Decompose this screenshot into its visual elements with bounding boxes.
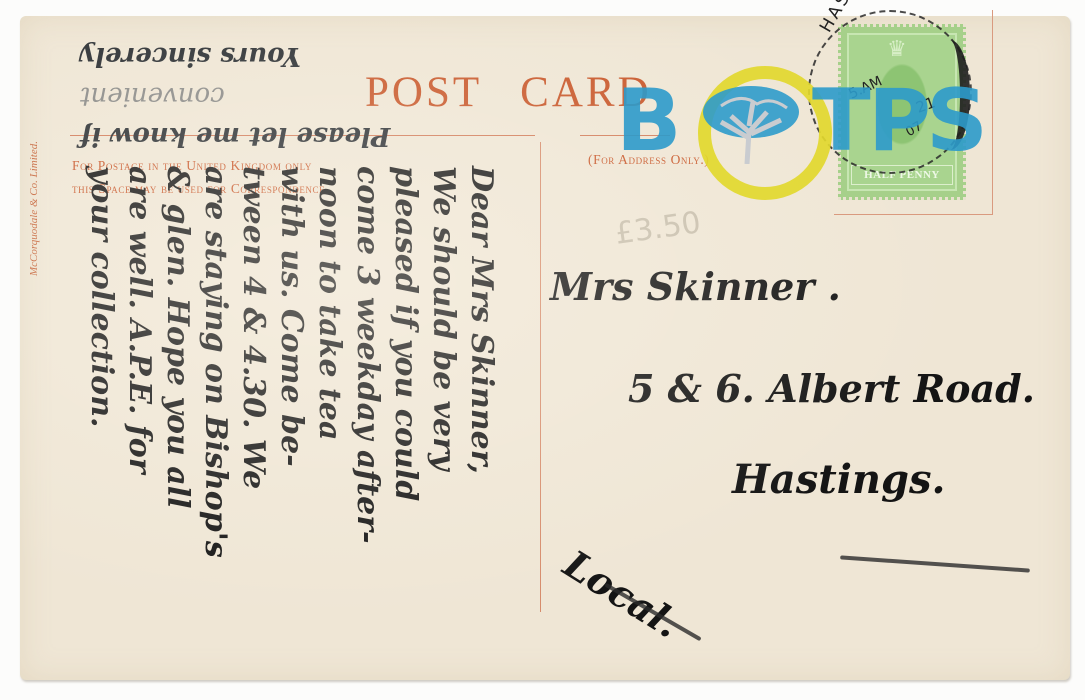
logo-letter-p: P [868, 78, 929, 164]
message-line: tween 4 & 4.30. We [234, 166, 272, 558]
center-divider [540, 142, 541, 612]
message-line: are staying on Bishop's [196, 166, 234, 558]
message-line: are well. A.P.E. for [120, 166, 158, 558]
printer-credit: McCorquodale & Co. Limited. [28, 141, 40, 276]
message-line: with us. Come be- [272, 166, 310, 558]
message-line: pleased if you could [386, 166, 424, 558]
top-line-2: convenient [80, 76, 700, 116]
btps-watermark-logo: B T P S [616, 64, 996, 204]
address-name: Mrs Skinner . [550, 264, 841, 309]
message-line: Dear Mrs Skinner, [462, 166, 500, 558]
message-line: We should be very [424, 166, 462, 558]
message-line: & glen. Hope you all [158, 166, 196, 558]
top-line-3: Yours sincerely [80, 36, 700, 76]
handwritten-message: Dear Mrs Skinner, We should be very plea… [82, 166, 500, 558]
message-line: noon to take tea [310, 166, 348, 558]
tree-icon [701, 82, 801, 164]
upside-down-message: Please let me know if convenient Yours s… [80, 36, 700, 156]
logo-letter-s: S [926, 78, 986, 164]
message-line: your collection. [82, 166, 120, 558]
address-town: Hastings. [732, 456, 945, 503]
top-line-1: Please let me know if [80, 116, 700, 156]
underline-stroke [840, 555, 1030, 572]
address-street: 5 & 6. Albert Road. [628, 366, 1035, 411]
logo-letter-b: B [616, 78, 680, 164]
logo-letter-t: T [812, 78, 869, 164]
message-line: come 3 weekday after- [348, 166, 386, 558]
pencil-price-note: £3.50 [613, 205, 703, 252]
